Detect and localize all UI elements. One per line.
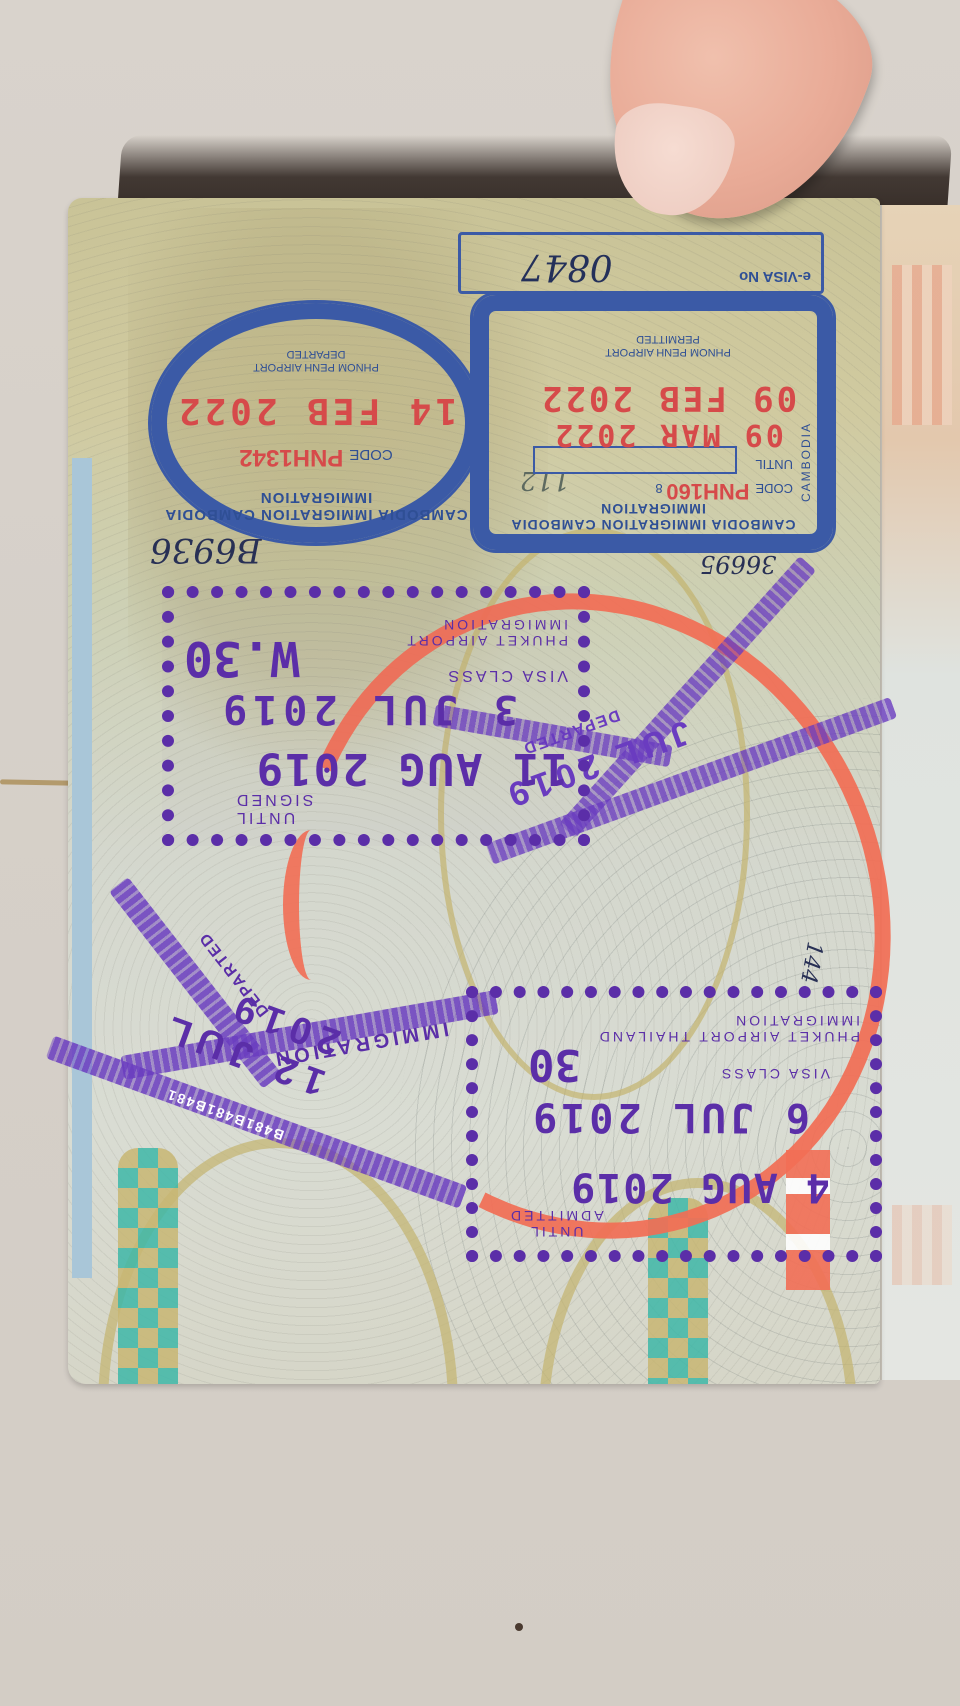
- stamp-until-label: UNTIL: [755, 457, 793, 472]
- thailand-arrival-stamp-1: UNTIL SIGNED 11 AUG 2019 3 JUL 2019 VISA…: [162, 586, 590, 846]
- stamp-code: CODEPNH160 8: [533, 478, 793, 504]
- cambodia-departure-stamp: CAMBODIA IMMIGRATION CAMBODIA IMMIGRATIO…: [148, 300, 484, 546]
- stamp-port: PHUKET AIRPORT THAILAND IMMIGRATION: [597, 1013, 860, 1045]
- stamp-until-date: 4 AUG 2019: [569, 1164, 830, 1210]
- evisa-label: e-VISA No: [739, 268, 811, 285]
- adjacent-passport-page: [880, 205, 960, 1380]
- evisa-number: 0847: [521, 246, 613, 287]
- cambodia-arrival-stamp: CAMBODIA IMMIGRATION CAMBODIA IMMIGRATIO…: [470, 292, 836, 553]
- stamp-port: PHNOM PENH AIRPORT DEPARTED: [151, 347, 481, 373]
- stamp-class-label: VISA CLASS: [719, 1066, 830, 1082]
- stamp-side-text: CAMBODIA: [799, 422, 813, 502]
- stamp-visa-class: 30: [528, 1039, 581, 1090]
- stamp-ring-text: CAMBODIA IMMIGRATION CAMBODIA IMMIGRATIO…: [151, 489, 481, 523]
- stamp-border: [559, 556, 816, 838]
- security-print-stripe: [892, 265, 952, 425]
- stamp-status-label: UNTIL ADMITTED: [508, 1208, 604, 1240]
- cambodia-evisa-box: e-VISA No 0847: [458, 232, 824, 294]
- stamp-visa-class: W.30: [184, 630, 300, 686]
- stamp-until-date: 11 AUG 2019: [255, 743, 568, 794]
- handwritten-note: B6936: [150, 530, 262, 570]
- dust-speck: [515, 1623, 523, 1631]
- stamp-entry-date: 3 JUL 2019: [217, 686, 518, 732]
- thailand-arrival-stamp-2: UNTIL ADMITTED 4 AUG 2019 6 JUL 2019 VIS…: [466, 986, 882, 1262]
- stamp-code: CODEPNH1342: [191, 443, 441, 471]
- stamp-entry-date: 6 JUL 2019: [529, 1094, 810, 1140]
- stamp-until-label: UNTIL SIGNED: [234, 790, 313, 826]
- stamp-class-label: VISA CLASS: [446, 666, 569, 684]
- diamond-pattern: [118, 1148, 178, 1384]
- stamp-port: PHNOM PENH AIRPORT PERMITTED: [503, 332, 833, 358]
- stamp-date: 14 FEB 2022: [151, 390, 481, 431]
- string: [0, 779, 72, 785]
- stamp-port: PHUKET AIRPORT IMMIGRATION: [404, 617, 568, 649]
- page-blue-edge: [72, 458, 92, 1278]
- security-print-stripe: [892, 1205, 952, 1285]
- stamp-entry-date: 09 FEB 2022: [503, 378, 833, 418]
- stamp-until-date: 09 MAR 2022: [503, 417, 833, 452]
